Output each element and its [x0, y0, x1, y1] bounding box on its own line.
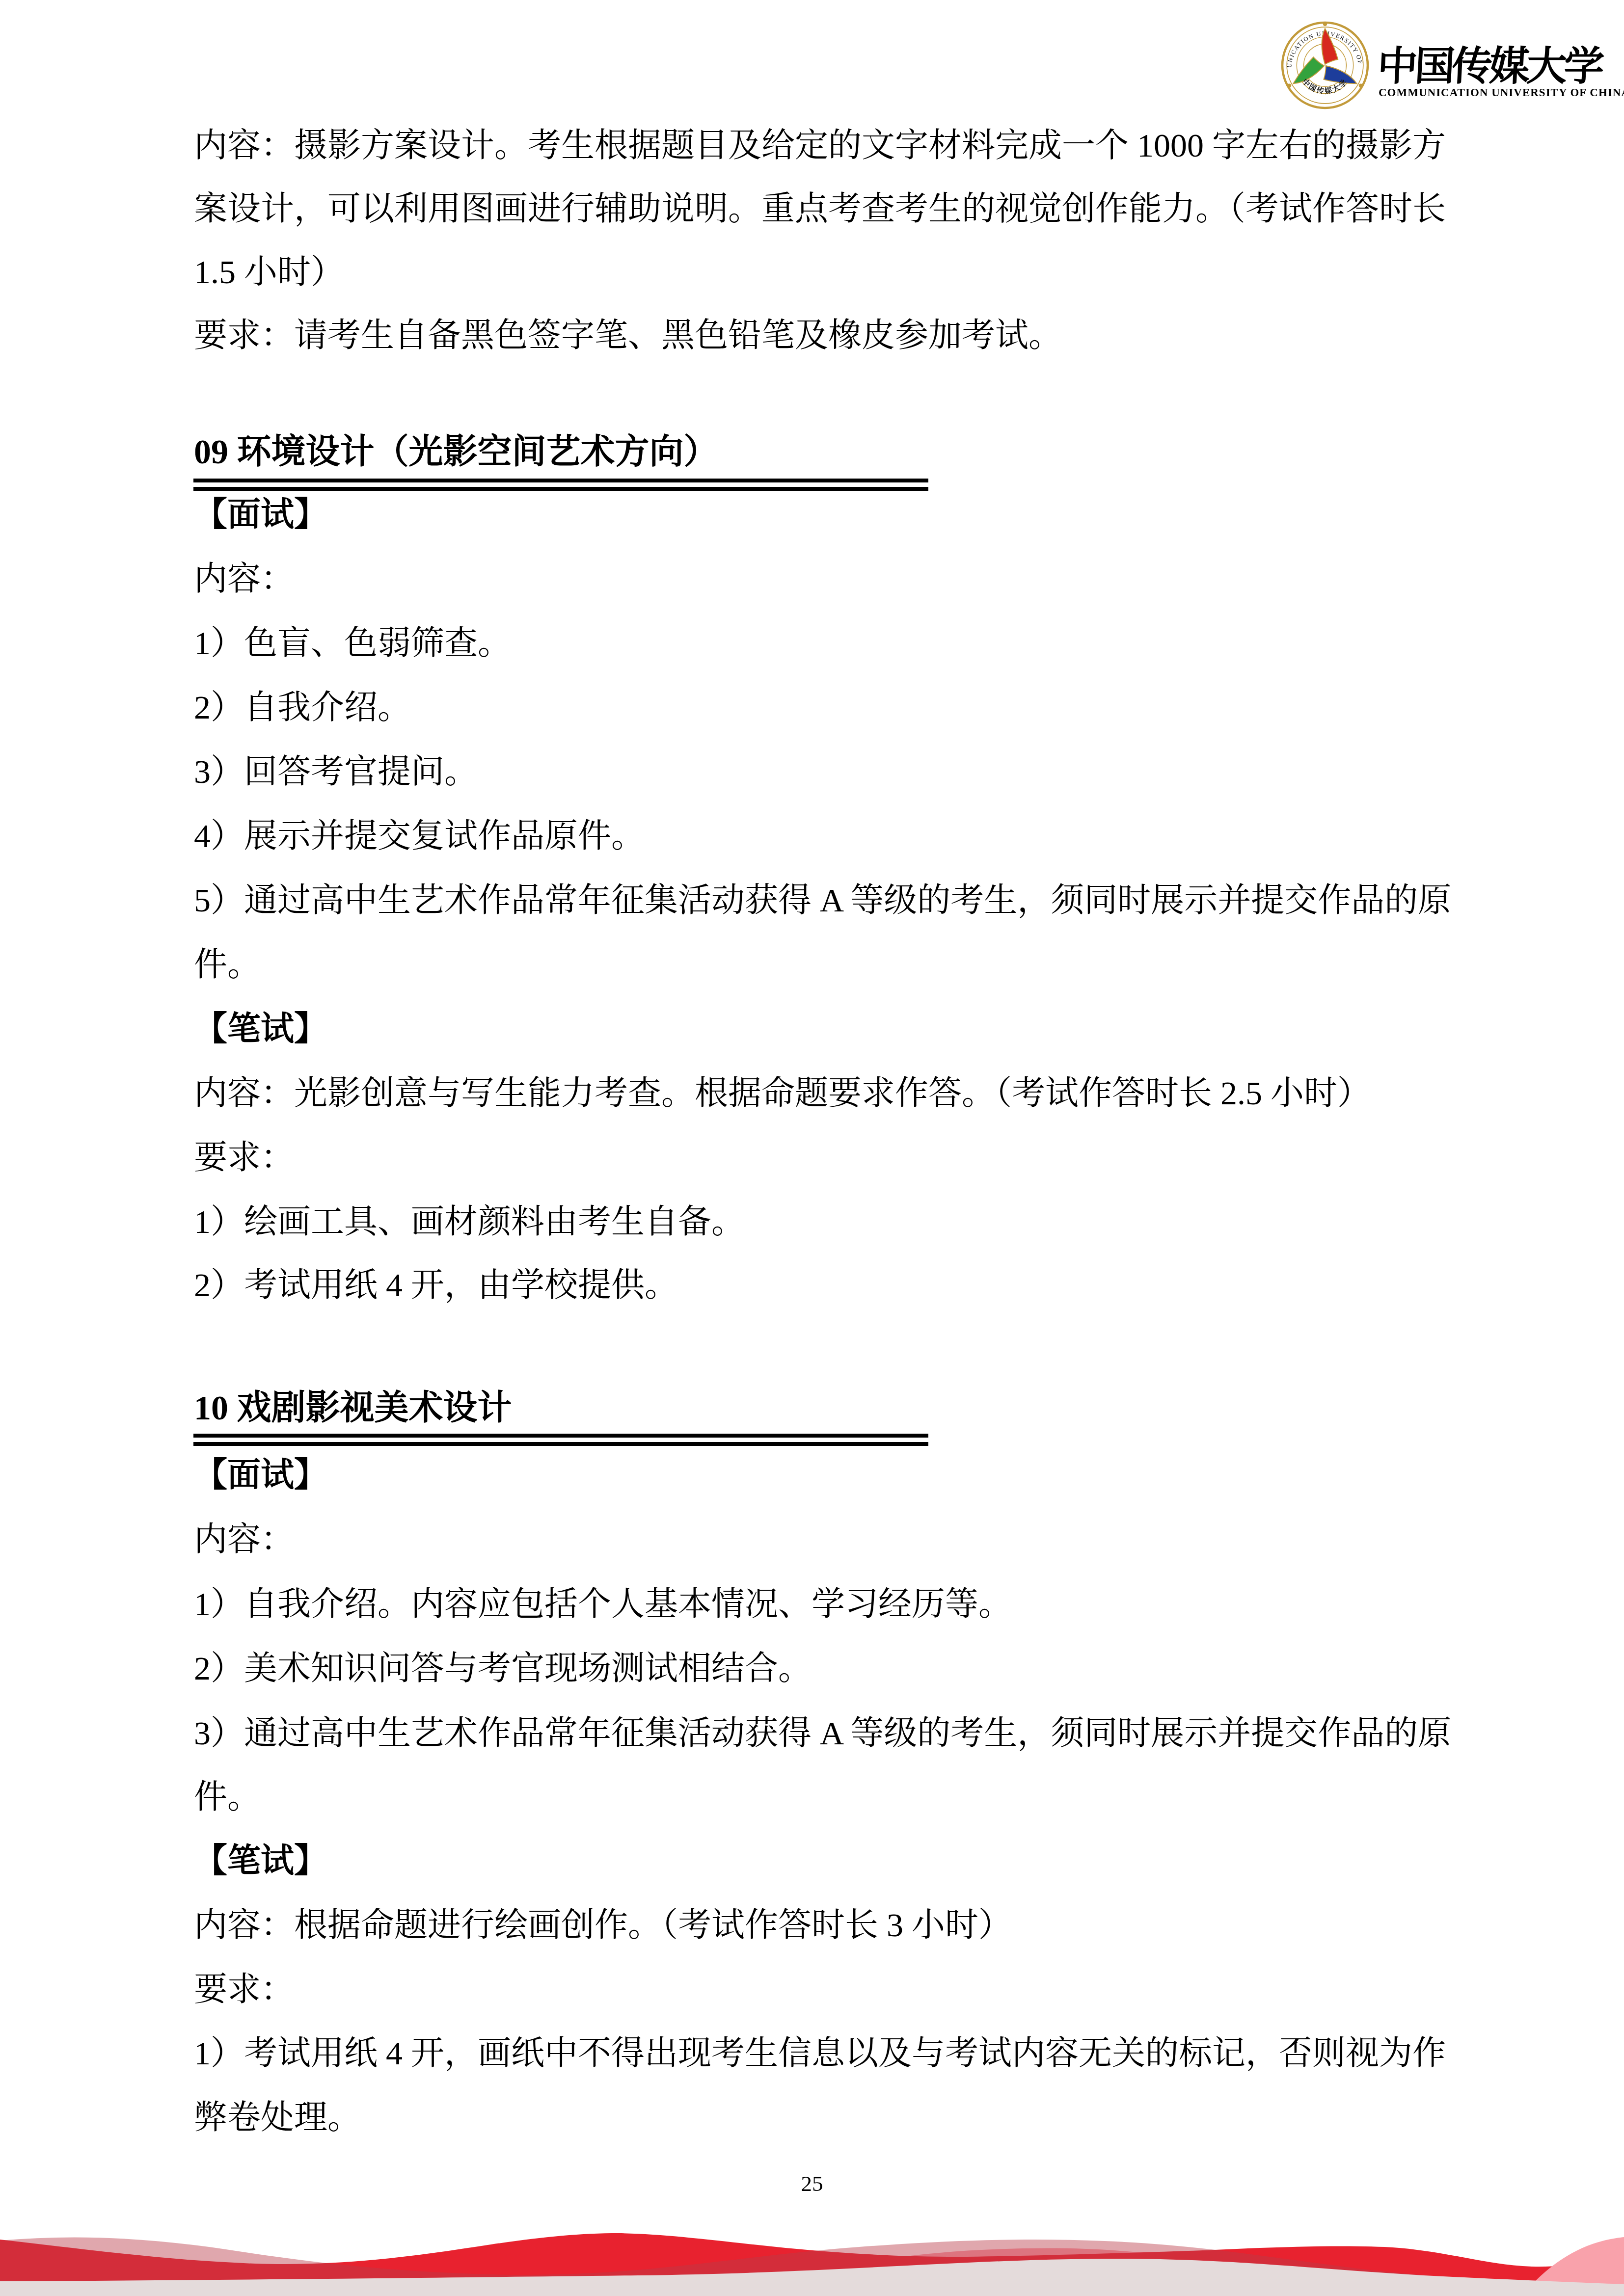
- doc-line: 内容：摄影方案设计。考生根据题目及给定的文字材料完成一个 1000 字左右的摄影…: [194, 127, 1456, 164]
- doc-line: 要求：: [194, 1971, 1456, 2008]
- university-wordmark-cn: 中国传媒大学: [1376, 34, 1591, 92]
- doc-line: 3）回答考官提问。: [194, 753, 1456, 790]
- doc-line: 5）通过高中生艺术作品常年征集活动获得 A 等级的考生，须同时展示并提交作品的原: [194, 881, 1456, 919]
- doc-line: 2）自我介绍。: [194, 689, 1456, 726]
- document-page: COMMUNICATION UNIVERSITY OF CHINA 中国传媒大学…: [0, 0, 1624, 2296]
- doc-line: 1）自我介绍。内容应包括个人基本情况、学习经历等。: [194, 1585, 1456, 1623]
- written-test-label: 【笔试】: [194, 1010, 1456, 1047]
- doc-line: 件。: [194, 946, 1456, 983]
- doc-line: 内容：根据命题进行绘画创作。（考试作答时长 3 小时）: [194, 1906, 1456, 1944]
- section-title-underline: [193, 479, 928, 491]
- doc-line: 件。: [194, 1778, 1456, 1815]
- doc-line: 要求：请考生自备黑色签字笔、黑色铅笔及橡皮参加考试。: [194, 317, 1456, 354]
- university-wordmark-en: COMMUNICATION UNIVERSITY OF CHINA: [1379, 86, 1591, 99]
- doc-line: 内容：: [194, 560, 1456, 597]
- doc-line: 弊卷处理。: [194, 2099, 1456, 2136]
- doc-line: 1）绘画工具、画材颜料由考生自备。: [194, 1203, 1456, 1240]
- doc-line: 1.5 小时）: [194, 253, 1456, 291]
- doc-line: 2）美术知识问答与考官现场测试相结合。: [194, 1650, 1456, 1687]
- footer-wave-decoration: [0, 2182, 1624, 2296]
- section-title-10: 10 戏剧影视美术设计: [194, 1390, 1456, 1427]
- doc-line: 案设计，可以利用图画进行辅助说明。重点考查考生的视觉创作能力。（考试作答时长: [194, 190, 1456, 227]
- interview-label: 【面试】: [194, 496, 1456, 533]
- doc-line: 1）色盲、色弱筛查。: [194, 624, 1456, 662]
- section-title-09: 09 环境设计（光影空间艺术方向）: [194, 434, 1456, 471]
- doc-line: 3）通过高中生艺术作品常年征集活动获得 A 等级的考生，须同时展示并提交作品的原: [194, 1714, 1456, 1752]
- interview-label: 【面试】: [194, 1456, 1456, 1494]
- section-title-underline: [193, 1434, 928, 1446]
- doc-line: 内容：: [194, 1521, 1456, 1558]
- doc-line: 内容：光影创意与写生能力考查。根据命题要求作答。（考试作答时长 2.5 小时）: [194, 1074, 1456, 1112]
- doc-line: 4）展示并提交复试作品原件。: [194, 817, 1456, 854]
- doc-line: 要求：: [194, 1139, 1456, 1176]
- doc-line: 1）考试用纸 4 开，画纸中不得出现考生信息以及与考试内容无关的标记，否则视为作: [194, 2034, 1456, 2072]
- university-logo: COMMUNICATION UNIVERSITY OF CHINA 中国传媒大学…: [1280, 18, 1604, 113]
- written-test-label: 【笔试】: [194, 1842, 1456, 1879]
- doc-line: 2）考试用纸 4 开，由学校提供。: [194, 1266, 1456, 1304]
- university-seal-icon: COMMUNICATION UNIVERSITY OF CHINA 中国传媒大学: [1280, 21, 1370, 110]
